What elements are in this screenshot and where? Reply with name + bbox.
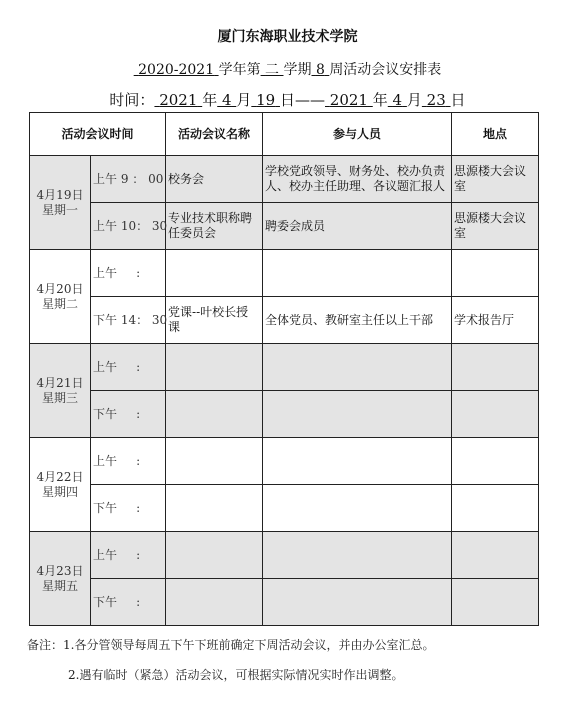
col-header-location: 地点 bbox=[452, 113, 539, 156]
date-period: 时间： 2021 年 4 月 19 日—— 2021 年 4 月 23 日 bbox=[0, 89, 575, 110]
slot-time: 下午 14： 30 bbox=[91, 297, 166, 344]
day-weekday: 星期一 bbox=[32, 203, 88, 218]
slot-location bbox=[452, 344, 539, 391]
slot-location bbox=[452, 532, 539, 579]
slot-participants bbox=[263, 391, 452, 438]
day-date: 4月22日 bbox=[32, 470, 88, 485]
slot-participants bbox=[263, 532, 452, 579]
note-1: 备注：1.各分管领导每周五下午下班前确定下周活动会议，并由办公室汇总。 bbox=[27, 636, 434, 653]
day-weekday: 星期三 bbox=[32, 391, 88, 406]
slot-name bbox=[166, 485, 263, 532]
col-header-time: 活动会议时间 bbox=[30, 113, 166, 156]
start-day: 19 bbox=[256, 91, 275, 109]
slot-name: 党课--叶校长授课 bbox=[166, 297, 263, 344]
slot-time: 上午 : bbox=[91, 250, 166, 297]
table-row: 4月21日星期三上午 : bbox=[30, 344, 539, 391]
slot-name bbox=[166, 438, 263, 485]
day-cell: 4月23日星期五 bbox=[30, 532, 91, 626]
slot-location bbox=[452, 485, 539, 532]
day-date: 4月23日 bbox=[32, 564, 88, 579]
end-year: 2021 bbox=[330, 91, 368, 109]
day-date: 4月19日 bbox=[32, 188, 88, 203]
end-day: 23 bbox=[427, 91, 446, 109]
slot-location: 思源楼大会议室 bbox=[452, 156, 539, 203]
slot-location bbox=[452, 391, 539, 438]
semester: 二 bbox=[261, 62, 284, 78]
slot-participants bbox=[263, 344, 452, 391]
header-row: 活动会议时间 活动会议名称 参与人员 地点 bbox=[30, 113, 539, 156]
day-weekday: 星期四 bbox=[32, 485, 88, 500]
schedule-subtitle: 2020-2021 学年第 二 学期 8 周活动会议安排表 bbox=[0, 59, 575, 79]
week-number: 8 bbox=[311, 62, 329, 78]
slot-participants bbox=[263, 485, 452, 532]
institution-title: 厦门东海职业技术学院 bbox=[0, 26, 575, 46]
table-row: 下午 : bbox=[30, 579, 539, 626]
slot-participants: 学校党政领导、财务处、校办负责人、校办主任助理、各议题汇报人 bbox=[263, 156, 452, 203]
table-row: 4月23日星期五上午 : bbox=[30, 532, 539, 579]
slot-name: 校务会 bbox=[166, 156, 263, 203]
start-month: 4 bbox=[222, 91, 232, 109]
slot-location bbox=[452, 579, 539, 626]
table-row: 4月20日星期二上午 : bbox=[30, 250, 539, 297]
day-cell: 4月20日星期二 bbox=[30, 250, 91, 344]
slot-participants bbox=[263, 250, 452, 297]
table-row: 下午 : bbox=[30, 485, 539, 532]
table-row: 上午 10： 30专业技术职称聘任委员会聘委会成员思源楼大会议室 bbox=[30, 203, 539, 250]
slot-time: 上午 9 ： 00 bbox=[91, 156, 166, 203]
slot-participants: 聘委会成员 bbox=[263, 203, 452, 250]
day-weekday: 星期五 bbox=[32, 579, 88, 594]
year-range: 2020-2021 bbox=[134, 62, 219, 78]
slot-time: 下午 : bbox=[91, 485, 166, 532]
slot-name bbox=[166, 579, 263, 626]
table-row: 下午 : bbox=[30, 391, 539, 438]
end-month: 4 bbox=[393, 91, 403, 109]
slot-time: 下午 : bbox=[91, 579, 166, 626]
slot-name bbox=[166, 250, 263, 297]
slot-location bbox=[452, 438, 539, 485]
slot-participants bbox=[263, 438, 452, 485]
slot-time: 上午 : bbox=[91, 532, 166, 579]
slot-time: 上午 10： 30 bbox=[91, 203, 166, 250]
slot-location: 学术报告厅 bbox=[452, 297, 539, 344]
day-date: 4月20日 bbox=[32, 282, 88, 297]
day-date: 4月21日 bbox=[32, 376, 88, 391]
slot-time: 上午 : bbox=[91, 438, 166, 485]
note-2: 2.遇有临时（紧急）活动会议，可根据实际情况实时作出调整。 bbox=[68, 666, 403, 683]
table-row: 4月22日星期四上午 : bbox=[30, 438, 539, 485]
slot-time: 下午 : bbox=[91, 391, 166, 438]
start-year: 2021 bbox=[159, 91, 197, 109]
slot-location bbox=[452, 250, 539, 297]
slot-name bbox=[166, 391, 263, 438]
slot-participants: 全体党员、教研室主任以上干部 bbox=[263, 297, 452, 344]
slot-name bbox=[166, 344, 263, 391]
slot-name: 专业技术职称聘任委员会 bbox=[166, 203, 263, 250]
col-header-name: 活动会议名称 bbox=[166, 113, 263, 156]
day-cell: 4月22日星期四 bbox=[30, 438, 91, 532]
slot-location: 思源楼大会议室 bbox=[452, 203, 539, 250]
slot-participants bbox=[263, 579, 452, 626]
day-weekday: 星期二 bbox=[32, 297, 88, 312]
day-cell: 4月19日星期一 bbox=[30, 156, 91, 250]
schedule-table: 活动会议时间 活动会议名称 参与人员 地点 4月19日星期一上午 9 ： 00校… bbox=[29, 112, 539, 626]
day-cell: 4月21日星期三 bbox=[30, 344, 91, 438]
col-header-participants: 参与人员 bbox=[263, 113, 452, 156]
slot-time: 上午 : bbox=[91, 344, 166, 391]
table-row: 4月19日星期一上午 9 ： 00校务会学校党政领导、财务处、校办负责人、校办主… bbox=[30, 156, 539, 203]
table-row: 下午 14： 30党课--叶校长授课全体党员、教研室主任以上干部学术报告厅 bbox=[30, 297, 539, 344]
slot-name bbox=[166, 532, 263, 579]
